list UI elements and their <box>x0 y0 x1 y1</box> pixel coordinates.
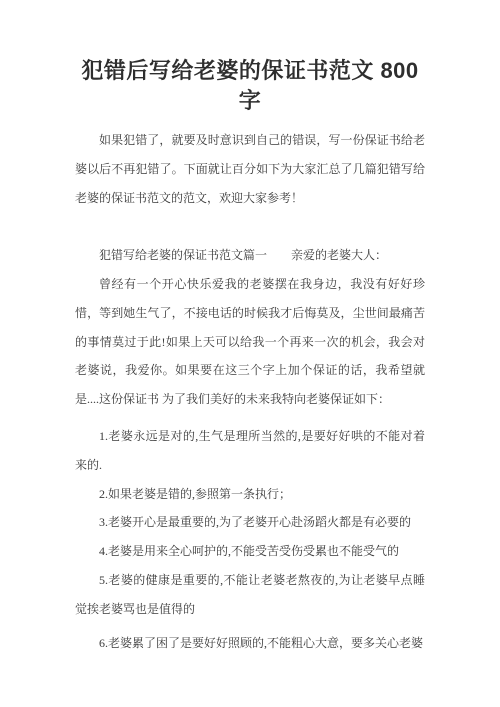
promise-list-item: 1.老婆永远是对的,生气是理所当然的,是要好好哄的不能对着来的. <box>75 422 425 480</box>
blank-line <box>75 212 425 241</box>
paragraph: 如果犯错了，就要及时意识到自己的错误，写一份保证书给老婆以后不再犯错了。下面就让… <box>75 126 425 212</box>
promise-list-item: 3.老婆开心是最重要的,为了老婆开心赴汤蹈火都是有必要的 <box>75 508 425 537</box>
promise-list-item: 5.老婆的健康是重要的,不能让老婆老熬夜的,为让老婆早点睡觉挨老婆骂也是值得的 <box>75 566 425 624</box>
section-heading-paragraph: 犯错写给老婆的保证书范文篇一 亲爱的老婆大人： <box>75 241 425 270</box>
document-title: 犯错后写给老婆的保证书范文 800 字 <box>75 56 425 116</box>
promise-list-item: 2.如果老婆是错的,参照第一条执行； <box>75 480 425 509</box>
paragraph: 曾经有一个开心快乐爱我的老婆摆在我身边，我没有好好珍惜，等到她生气了，不接电话的… <box>75 270 425 414</box>
document-body: 如果犯错了，就要及时意识到自己的错误，写一份保证书给老婆以后不再犯错了。下面就让… <box>75 126 425 657</box>
document-page: 犯错后写给老婆的保证书范文 800 字 如果犯错了，就要及时意识到自己的错误，写… <box>0 0 500 707</box>
promise-list-item: 6.老婆累了困了是要好好照顾的,不能粗心大意，要多关心老婆 <box>75 629 425 658</box>
promise-list-item: 4.老婆是用来全心呵护的,不能受苦受伤受累也不能受气的 <box>75 537 425 566</box>
